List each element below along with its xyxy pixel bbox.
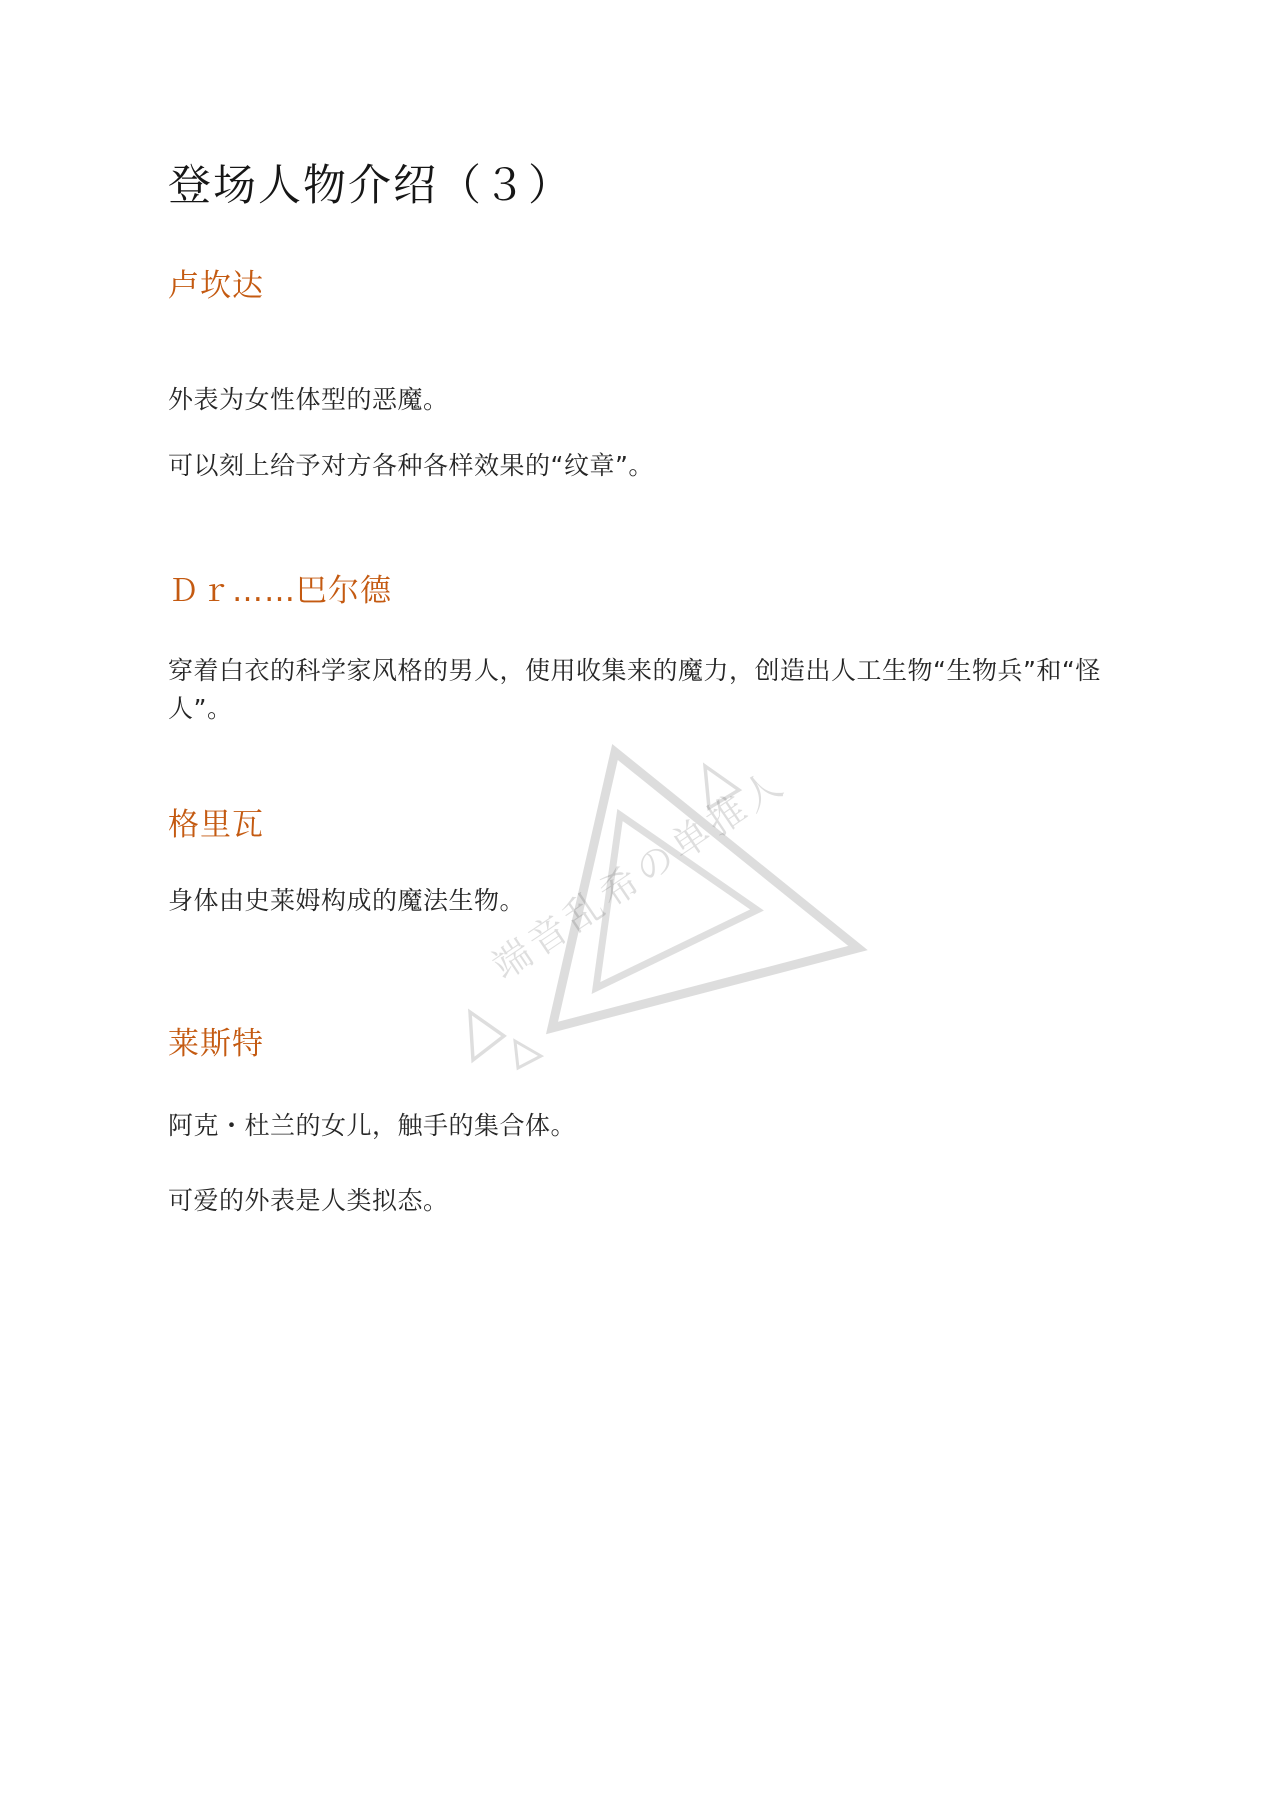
section-paragraph: 身体由史莱姆构成的魔法生物。 <box>168 882 1118 920</box>
section-paragraph: 阿克・杜兰的女儿，触手的集合体。 <box>168 1107 1118 1145</box>
watermark-small-triangle-bottom1-icon <box>470 1012 504 1060</box>
section-heading-laisite: 莱斯特 <box>168 1025 264 1064</box>
section-paragraph: 外表为女性体型的恶魔。 <box>168 381 1118 419</box>
section-heading-lukanda: 卢坎达 <box>168 267 264 306</box>
watermark-text: 端音乱希の单推人 <box>484 760 795 990</box>
section-paragraph: 穿着白衣的科学家风格的男人，使用收集来的魔力，创造出人工生物“生物兵”和“怪人”… <box>168 652 1118 728</box>
section-paragraph: 可以刻上给予对方各种各样效果的“纹章”。 <box>168 447 1118 485</box>
watermark-small-triangle-bottom2-icon <box>515 1041 541 1068</box>
watermark-small-triangle-top-icon <box>705 766 739 808</box>
document-page: { "page": { "background": "#ffffff" }, "… <box>0 0 1280 1810</box>
section-paragraph: 可爱的外表是人类拟态。 <box>168 1182 1118 1220</box>
page-title: 登场人物介绍（３） <box>168 160 573 214</box>
section-heading-dr-balde: Ｄｒ……巴尔德 <box>168 572 392 611</box>
section-heading-geliwa: 格里瓦 <box>168 806 264 845</box>
